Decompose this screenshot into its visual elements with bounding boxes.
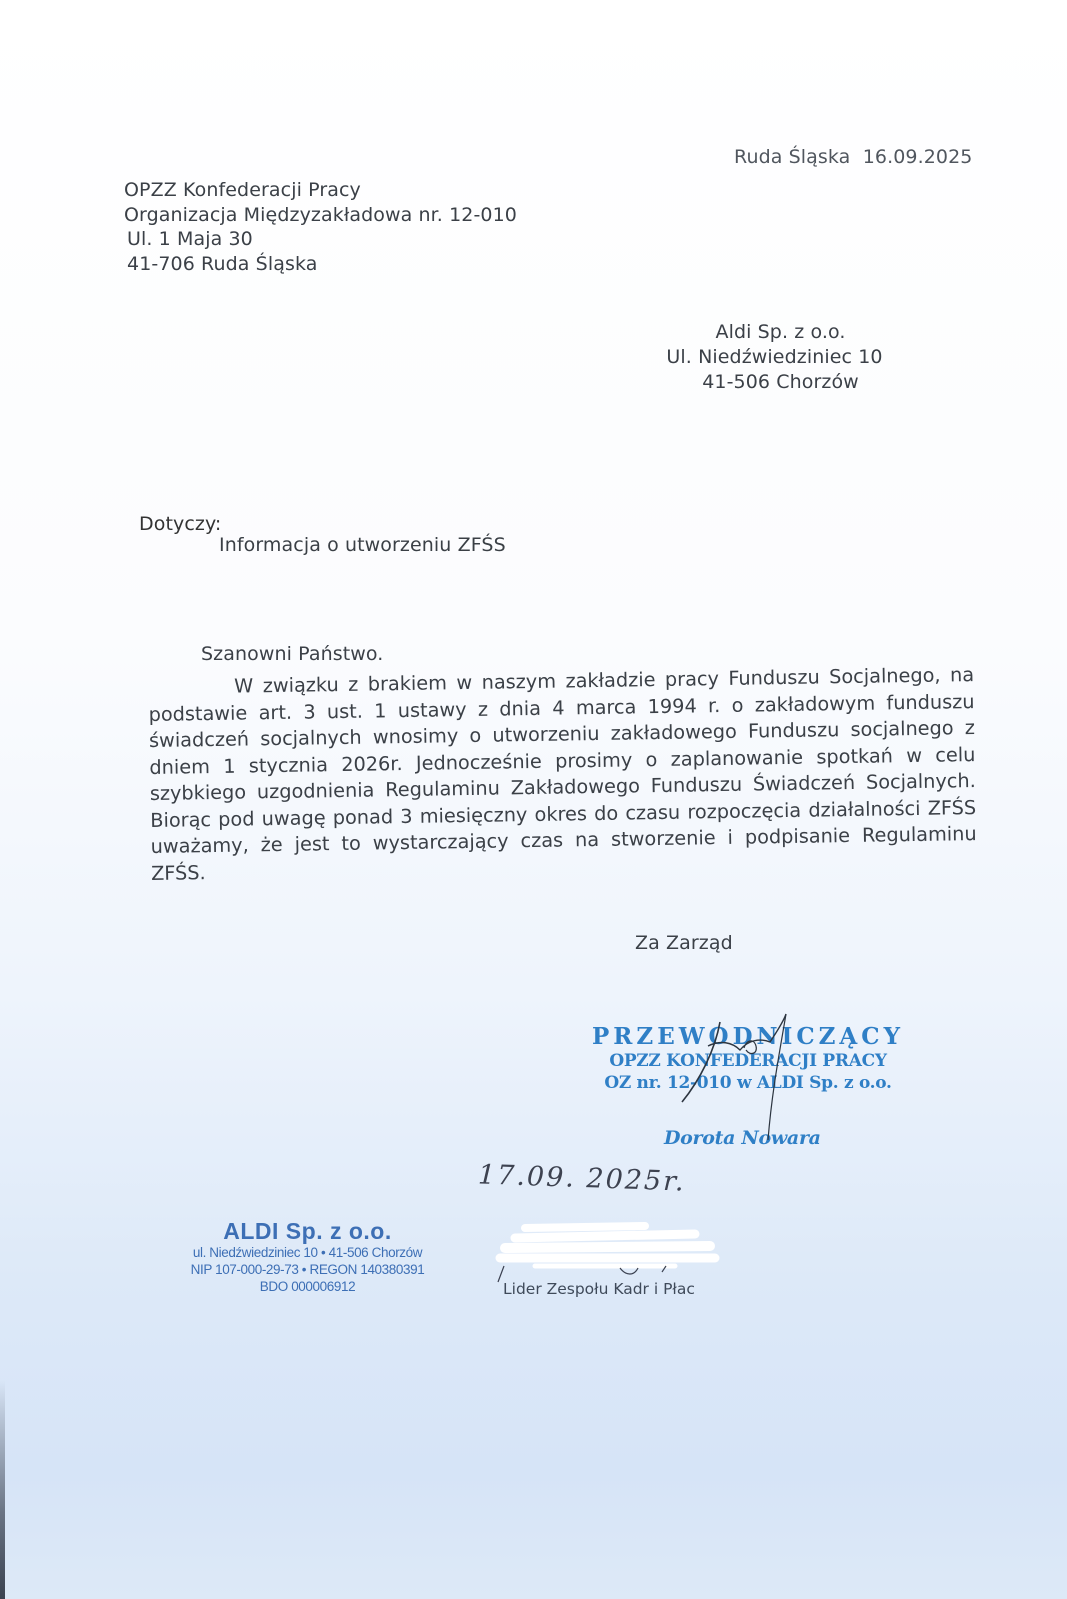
recipient-line-3: 41-506 Chorzów (668, 370, 893, 395)
sender-line-4: 41-706 Ruda Śląska (124, 252, 517, 277)
company-stamp-address: ul. Niedźwiedziniec 10 • 41-506 Chorzów (170, 1244, 445, 1261)
signature-mark (660, 1010, 840, 1150)
sender-line-3: Ul. 1 Maja 30 (124, 227, 517, 252)
sender-address: OPZZ Konfederacji Pracy Organizacja Międ… (124, 178, 517, 276)
company-stamp-ids: NIP 107-000-29-73 • REGON 140380391 (170, 1261, 445, 1278)
company-stamp-name: ALDI Sp. z o.o. (170, 1218, 445, 1244)
receiver-title: Lider Zespołu Kadr i Płac (503, 1280, 695, 1298)
sender-line-1: OPZZ Konfederacji Pracy (124, 178, 517, 203)
closing: Za Zarząd (635, 932, 733, 954)
subject-label: Dotyczy: (139, 513, 221, 535)
place-and-date: Ruda Śląska 16.09.2025 (734, 146, 973, 168)
letter-body: W związku z brakiem w naszym zakładzie p… (148, 662, 977, 887)
salutation: Szanowni Państwo. (201, 643, 383, 665)
recipient-line-2: Ul. Niedźwiedziniec 10 (656, 345, 893, 370)
body-paragraph: W związku z brakiem w naszym zakładzie p… (148, 662, 977, 887)
sender-line-2: Organizacja Międzyzakładowa nr. 12-010 (124, 203, 517, 228)
company-stamp-bdo: BDO 000006912 (170, 1278, 445, 1295)
handwritten-receipt-date: 17.09. 2025r. (478, 1159, 687, 1197)
subject-text: Informacja o utworzeniu ZFŚS (219, 534, 506, 556)
recipient-line-1: Aldi Sp. z o.o. (668, 320, 893, 345)
company-stamp: ALDI Sp. z o.o. ul. Niedźwiedziniec 10 •… (170, 1218, 445, 1295)
photo-edge-shadow (0, 1380, 5, 1599)
recipient-address: Aldi Sp. z o.o. Ul. Niedźwiedziniec 10 4… (668, 320, 893, 395)
